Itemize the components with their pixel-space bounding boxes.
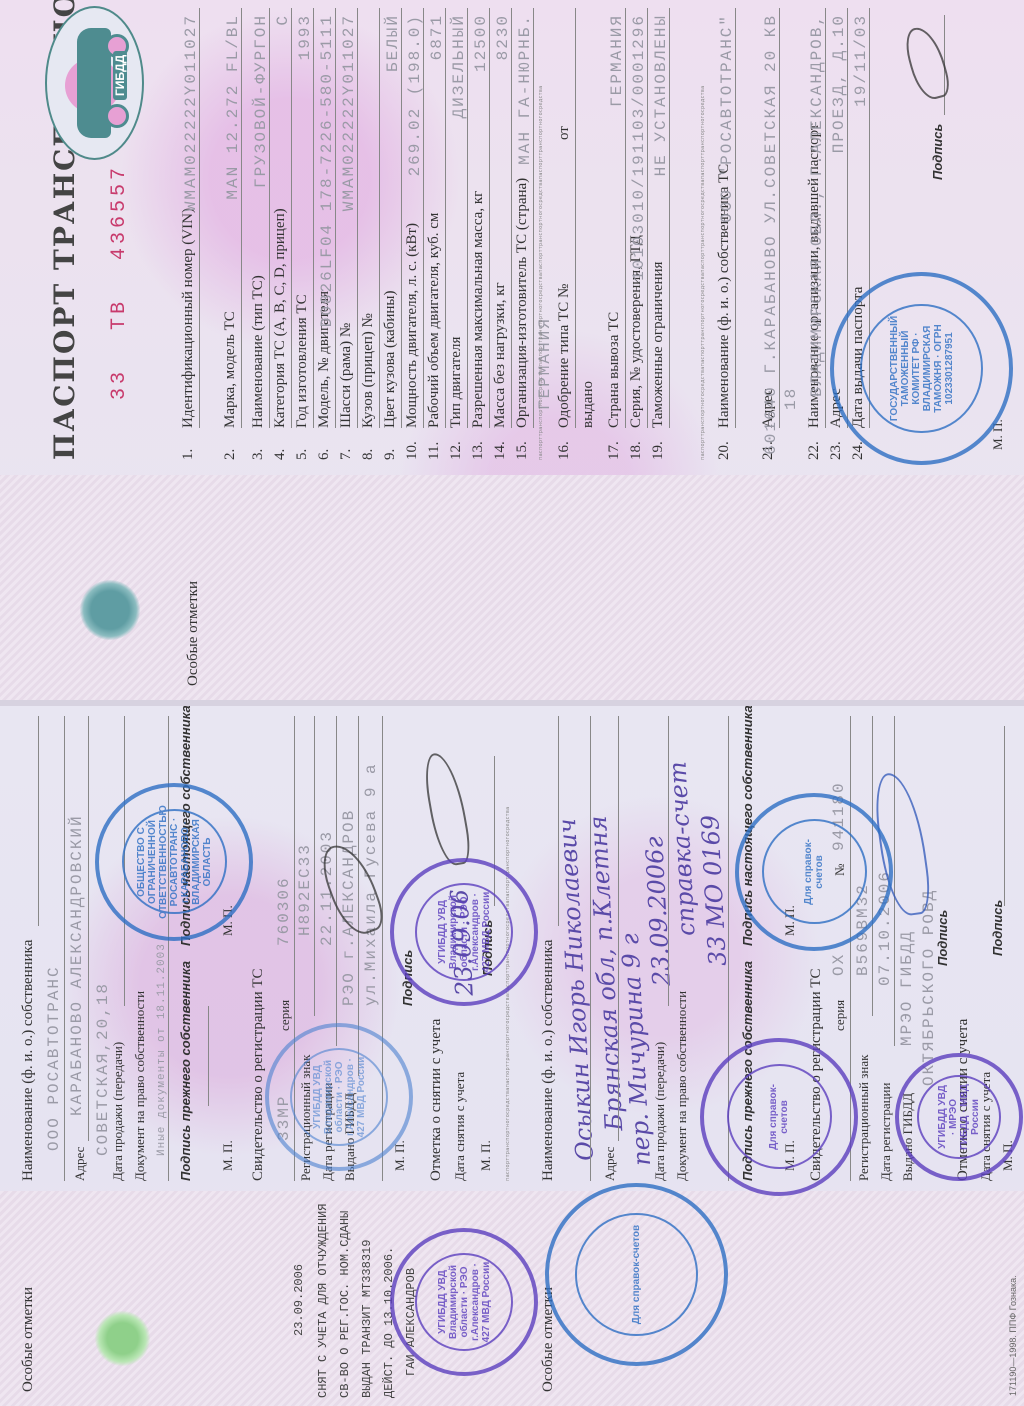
invoice-stamp: Для справок-счетов [545, 1183, 728, 1366]
field-label: Год изготовления ТС [294, 294, 311, 428]
special-note-line: ВЫДАН ТРАНЗИТ МТ338319 [360, 1240, 374, 1398]
field-label: Страна вывоза ТС [606, 312, 623, 428]
vehicle-data-page: Особые отметки ПАСПОРТ ТРАНСПОРТНОГО СРЕ… [0, 0, 1024, 700]
serial-region: 33 [108, 368, 131, 400]
field-label: Разрешенная максимальная масса, кг [470, 191, 487, 428]
field-value: 12500 [472, 14, 490, 72]
owner2-reg-series-label: серия [832, 1000, 848, 1031]
handwritten-signature [420, 750, 473, 868]
field-number: 1. [180, 449, 197, 460]
field-number: 10. [404, 441, 421, 460]
gibdd-logo: ГИБДД [45, 6, 144, 160]
field-value: ГЕРМАНИЯ [608, 14, 626, 107]
field-number: 15. [514, 441, 531, 460]
green-rosette-icon [95, 1311, 150, 1366]
field-value: 601640 Г.КАРАБАНОВО УЛ.СОВЕТСКАЯ 20 КВ [762, 14, 780, 455]
field-value: ООО "РОСАВТОТРАНС" [718, 14, 736, 223]
regional-stamp: Для справок-счетов [700, 1038, 858, 1196]
owner2-sale-date-label: Дата продажи (передачи) [652, 1042, 668, 1181]
field-label: Масса без нагрузки, кг [492, 282, 509, 428]
field-number: 16. [556, 441, 573, 460]
field-label: Категория ТС (А, В, С, D, прицеп) [272, 208, 289, 428]
handwritten-signature [901, 23, 953, 103]
special-marks-column [0, 475, 1024, 700]
field-value: БЕЛЫЙ [384, 14, 402, 72]
owner1-plate: Н892ЕС33 [296, 843, 314, 936]
owner1-name: ООО РОСАВТОТРАНС [45, 965, 63, 1151]
field-number: 18. [628, 441, 645, 460]
field-number: 5. [294, 449, 311, 460]
microtext-divider: паспорттранспортногосредствапаспорттранс… [538, 86, 544, 461]
field-label: Идентификационный номер (VIN) [180, 208, 197, 428]
owner2-signature-label-2: Подпись [990, 900, 1005, 956]
special-note-line: СНЯТ С УЧЕТА ДЛЯ ОТЧУЖДЕНИЯ [316, 1204, 330, 1398]
owner2-plate-label: Регистрационный знак [856, 1055, 872, 1181]
special-note-date: 23.09.2006 [292, 1264, 306, 1336]
owner2-name-label: Наименование (ф. и. о.) собственника [540, 940, 557, 1181]
field-label: Цвет кузова (кабины) [382, 291, 399, 428]
owner1-reg-series-label: серия [277, 1000, 293, 1031]
field-value: НЕ УСТАНОВЛЕНЫ [652, 14, 670, 176]
field-number: 11. [426, 442, 443, 460]
gibdd-stamp: УГИБДД УВД Владимирской области · РЭО г.… [390, 1228, 538, 1376]
field-number: 20. [716, 441, 733, 460]
field-from-label: от [556, 126, 573, 140]
page-spine [0, 700, 1024, 706]
owner1-sale-date-label: Дата продажи (передачи) [110, 1042, 126, 1181]
field-label: Мощность двигателя, л. с. (кВт) [404, 223, 421, 428]
owner1-prev-sig-label: Подпись прежнего собственника [178, 961, 193, 1181]
invoice-stamp: Для справок-счетов [735, 793, 893, 951]
field-number: 9. [382, 449, 399, 460]
owner2-signature-label: Подпись [935, 910, 950, 966]
field-value: 6871 [428, 14, 446, 60]
owner1-doc-value: Иные документы от 18.11.2003 [156, 943, 168, 1156]
teal-rosette-icon [80, 580, 140, 640]
field-number: 8. [360, 449, 377, 460]
field-value: ПРОЕЗД, Д.10 [830, 14, 848, 153]
gibdd-stamp: УГИБДД УВД Владимирской области · РЭО г.… [265, 1023, 413, 1171]
company-stamp: ОБЩЕСТВО С ОГРАНИЧЕННОЙ ОТВЕТСТВЕННОСТЬЮ… [95, 783, 253, 941]
field-number: 2. [222, 449, 239, 460]
owner2-doc-label: Документ на право собственности [674, 991, 690, 1181]
field-value: МАН ГА-НЮРНБ. [516, 14, 534, 165]
owner1-address-label: Адрес [72, 1147, 88, 1181]
field-value-2: 18 [782, 387, 800, 410]
field-value: ГРУЗОВОЙ-ФУРГОН [252, 14, 270, 188]
field-value: ДИЗЕЛЬНЫЙ [450, 14, 468, 118]
owner2-issued-by: МРЭО ГИБДД [898, 930, 916, 1046]
owner2-address-label: Адрес [602, 1147, 618, 1181]
field-number: 4. [272, 449, 289, 460]
owner1-dereg-date-label: Дата снятия с учета [452, 1072, 468, 1181]
owner1-reg-cert-label: Свидетельство о регистрации ТС [250, 968, 267, 1181]
special-marks-label: Особые отметки [185, 581, 202, 686]
field-number: 14. [492, 441, 509, 460]
field-label: Шасси (рама) № [338, 323, 355, 428]
field-number: 22. [806, 441, 823, 460]
owner1-dereg-label: Отметка о снятии с учета [428, 1019, 445, 1181]
field-number: 19. [650, 441, 667, 460]
field-label: Таможенные ограничения [650, 262, 667, 428]
field-value: MAN 12.272 FL/BL [224, 14, 242, 200]
field-number: 17. [606, 441, 623, 460]
field-number: 12. [448, 441, 465, 460]
field-label: Организация-изготовитель ТС (страна) [514, 178, 531, 428]
field-value: ВЛАДИМИРСКАЯ ОБЛ., Г.АЛЕКСАНДРОВ, [808, 14, 826, 397]
customs-stamp: ГОСУДАРСТВЕННЫЙ ТАМОЖЕННЫЙ КОМИТЕТ РФ · … [830, 272, 1013, 465]
field-label: Кузов (прицеп) № [360, 313, 377, 428]
field-number: 3. [250, 449, 267, 460]
microtext-divider: паспорттранспортногосредствапаспорттранс… [700, 86, 706, 461]
field-value: 19/11/03 [852, 14, 870, 107]
ownership-page: Особые отметки 23.09.2006 СНЯТ С УЧЕТА Д… [0, 706, 1024, 1406]
field-number: 13. [470, 441, 487, 460]
field-value: 8230 [494, 14, 512, 60]
special-note-line: СВ-ВО О РЕГ.ГОС. НОМ.СДАНЫ [338, 1211, 352, 1398]
microtext-divider: паспорттранспортногосредствапаспорттранс… [505, 807, 511, 1182]
owner1-address-line1: КАРАБАНОВО АЛЕКСАНДРОВСКИЙ [68, 814, 86, 1116]
field-value: 269.02 (198.0) [406, 14, 424, 176]
gibdd-stamp: УГИБДД УВД Владимирской области · РЭО г.… [390, 858, 538, 1006]
field-issued-label: выдано [580, 381, 597, 428]
field-label: Тип двигателя [448, 337, 465, 428]
owner2-doc-number: 33 МО 0169 [696, 814, 732, 966]
field-number: 6. [316, 449, 333, 460]
field-label: Марка, модель ТС [222, 311, 239, 428]
field-value: 1993 [296, 14, 314, 60]
field-value: WMAM022222Y011027 [182, 14, 200, 211]
field-label: Одобрение типа ТС № [556, 284, 573, 428]
serial-series: ТВ [108, 298, 131, 330]
owner1-mp-4: М. П. [478, 1140, 494, 1171]
field-value: WMAM022222Y011027 [340, 14, 358, 211]
field-label: Наименование (тип ТС) [250, 275, 267, 428]
field-label: Рабочий объем двигателя, куб. см [426, 213, 443, 428]
field-number: 7. [338, 449, 355, 460]
owner1-reg-number: 760306 [275, 876, 293, 946]
owner1-name-label: Наименование (ф. и. о.) собственника [20, 940, 37, 1181]
field-value: 10103010/191103/0001296 [630, 14, 648, 281]
mreo-stamp: УГИБДД УВД · МРЭО ГИБДД · МВД России [895, 1053, 1023, 1181]
serial-number: 436557 [108, 164, 131, 260]
owner1-mp: М. П. [220, 1140, 236, 1171]
field-value: D0826LF04 178-7226-580-5111 [318, 14, 336, 327]
vehicle-passport-scan: Особые отметки 23.09.2006 СНЯТ С УЧЕТА Д… [0, 0, 1024, 1406]
owner1-doc-label: Документ на право собственности [132, 991, 148, 1181]
field-number: 23. [828, 441, 845, 460]
owner2-reg-series: ОХ [830, 953, 848, 976]
owner2-reg-date-label: Дата регистрации [878, 1083, 894, 1181]
field-value: C [274, 14, 292, 26]
signature-label: Подпись [930, 124, 945, 180]
print-footer: 171190—1998. ППФ Гознака. [1008, 1275, 1018, 1396]
special-marks-label: Особые отметки [20, 1287, 37, 1392]
